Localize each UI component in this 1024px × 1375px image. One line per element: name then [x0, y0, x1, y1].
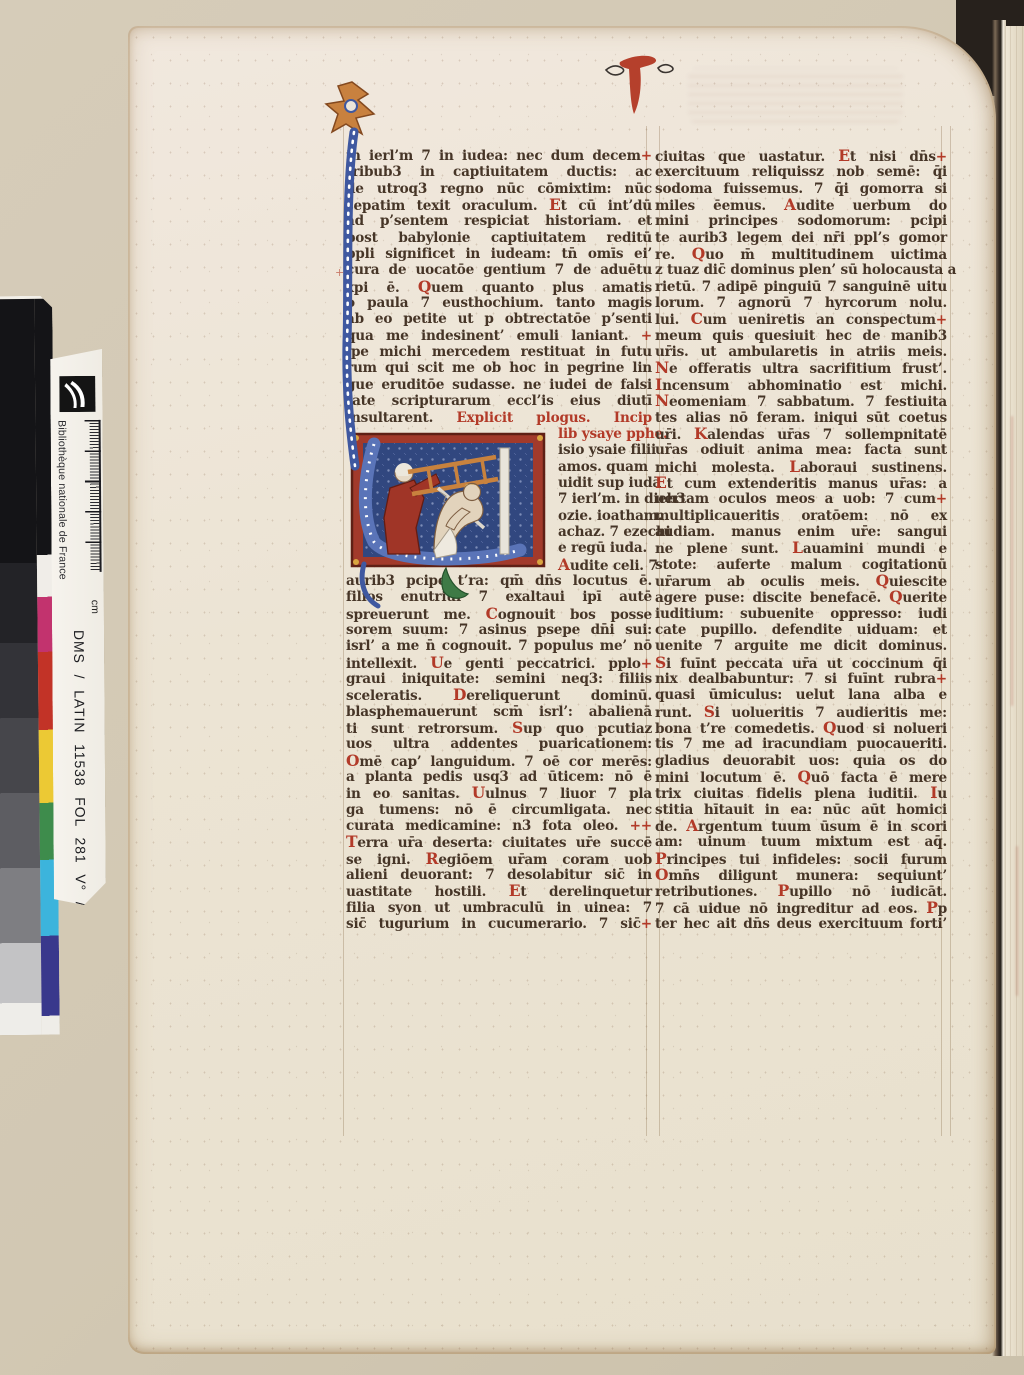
rubric-segment: + — [641, 916, 652, 932]
text-segment: mn̄s diligunt munera: sequiunt’ — [668, 868, 947, 884]
text-segment: z tuaz dic̄ dominus plen’ sū holocausta … — [655, 262, 956, 278]
text-segment: sodoma fuissemus. 7 q̄i gomorra si — [655, 181, 947, 197]
text-segment: uem quanto plus amatis — [431, 280, 652, 296]
text-line: michi molesta. Laboraui sustinens. — [655, 459, 947, 475]
text-line: runt. Si uolueritis 7 audieritis me: — [655, 704, 947, 720]
margin-cross-mark: + — [335, 266, 344, 279]
text-line: Neomeniam 7 sabbatum. 7 festiuita — [655, 393, 947, 409]
text-line: lib ysaye pphe. — [558, 426, 652, 442]
text-segment: ozie. ioatham. — [558, 508, 662, 524]
text-segment: uos ultra addentes puaricationem: — [346, 736, 652, 752]
text-segment: e regū iuda. — [558, 540, 647, 556]
rubric-segment: Q — [797, 767, 810, 786]
text-line: z tuaz dic̄ dominus plen’ sū holocausta … — [655, 262, 947, 278]
text-segment: e genti peccatrici. pplo — [444, 656, 641, 672]
text-segment: in eo sanitas. — [346, 786, 472, 802]
text-line: iuditium: subuenite oppresso: iudi — [655, 606, 947, 622]
text-line: ciuitas que uastatur. Et nisi dn̄s+ — [655, 148, 947, 164]
rubric-segment: E — [549, 195, 561, 214]
text-segment: runt. — [655, 705, 704, 721]
text-segment: multiplicaueritis oratōem: nō ex — [655, 508, 947, 524]
bnf-ruler-strip: Bibliothèque nationale de France cm DMS … — [50, 349, 106, 905]
rubric-segment: C — [486, 604, 498, 623]
text-segment: bona t’re comedetis. — [655, 721, 823, 737]
text-line: cura de uocatōe gentium 7 de aduētu — [346, 262, 652, 278]
text-segment: lui. — [655, 312, 691, 328]
text-line: intellexit. Ue genti peccatrici. pplo+ — [346, 655, 652, 671]
text-segment: up quo pcutiaz — [523, 721, 652, 737]
text-segment: quasi ūmiculus: uelut lana alba e — [655, 687, 947, 703]
text-segment: qua me indesinent’ emuli laniant. — [346, 328, 641, 344]
rubric-segment: A — [686, 816, 698, 835]
text-line: ur̄arum ab oculis meis. Quiescite — [655, 573, 947, 589]
text-segment: ereliquerunt dominū. — [466, 688, 652, 704]
text-segment: uertam oculos meos a uob: 7 cum — [655, 491, 936, 507]
text-line: spreuerunt me. Cognouit bos posse — [346, 606, 652, 622]
rubric-segment: E — [838, 146, 850, 165]
text-line: stitia hītauit in ea: nūc aūt homici — [655, 802, 947, 818]
text-line: multiplicaueritis oratōem: nō ex — [655, 508, 947, 524]
text-line: isio ysaie filii — [558, 442, 652, 458]
rubric-segment: L — [789, 457, 800, 476]
text-line: xpi ē. Quem quanto plus amatis — [346, 279, 652, 295]
text-segment: uo m̄ multitudinem uictima — [705, 247, 947, 263]
text-segment: nix dealbabuntur: 7 si fuīnt rubra — [655, 671, 936, 687]
rubric-segment: S — [704, 702, 715, 721]
rubric-segment: ++ — [630, 818, 652, 834]
rubric-segment: C — [691, 309, 703, 328]
text-segment: exercituum reliquissz nob semē: q̄i — [655, 164, 947, 180]
text-line: a planta pedis usq3 ad ūticem: nō ē — [346, 769, 652, 785]
text-segment: udite uerbum do — [796, 198, 947, 214]
rubric-segment: O — [346, 751, 359, 770]
text-segment: amos. quam — [558, 459, 648, 475]
text-segment: in ierl’m 7 in iudea: nec dum decem — [346, 148, 641, 164]
text-line: sceleratis. Dereliquerunt dominū. — [346, 687, 652, 703]
text-segment: uenite 7 arguite me dicit dominus. — [655, 638, 947, 654]
rubric-segment: T — [346, 832, 357, 851]
text-segment: gue eruditōe sudasse. ne iudei de falsi — [346, 377, 652, 393]
text-segment: aboraui sustinens. — [800, 460, 947, 476]
rubric-segment: Explicit plogus. Incip — [457, 410, 652, 426]
text-line: se igni. Regiōem ur̄am coram uob — [346, 851, 652, 867]
text-line: Et cum extenderitis manus ur̄as: a — [655, 475, 947, 491]
rubric-segment: A — [784, 195, 796, 214]
text-line: Omn̄s diligunt munera: sequiunt’ — [655, 867, 947, 883]
text-line: ozie. ioatham. — [558, 508, 652, 524]
manuscript-page: + í — [128, 26, 996, 1354]
text-segment: insultarent. — [346, 410, 457, 426]
text-line: sodoma fuissemus. 7 q̄i gomorra si — [655, 181, 947, 197]
text-column-1: in ierl’m 7 in iudea: nec dum decem+trib… — [346, 148, 652, 933]
text-line: meum quis quesiuit hec de manib3 — [655, 328, 947, 344]
text-segment: auamini mundi e — [803, 541, 947, 557]
text-segment: filia syon ut umbraculū in uinea: 7 — [346, 900, 652, 916]
text-segment: t nisi dn̄s — [850, 149, 936, 165]
text-line: achaz. 7 ezechi — [558, 524, 652, 540]
text-segment: isio ysaie filii — [558, 442, 656, 458]
text-line: filios enutriui 7 exaltaui ipī autē — [346, 589, 652, 605]
text-segment: stitia hītauit in ea: nūc aūt homici — [655, 802, 947, 818]
text-segment: iuditium: subuenite oppresso: iudi — [655, 606, 947, 622]
library-name-label: Bibliothèque nationale de France — [56, 420, 69, 598]
text-line: ur̄i. Kalendas ur̄as 7 sollempnitatē — [655, 426, 947, 442]
text-line: amos. quam — [558, 459, 652, 475]
text-segment: ti sunt retrorsum. — [346, 721, 512, 737]
text-segment: de. — [655, 819, 686, 835]
rubric-segment: E — [509, 881, 521, 900]
text-segment: agere puse: discite benefacē. — [655, 590, 889, 606]
text-line: Audite celi. 7 — [558, 557, 652, 573]
text-segment: sorem suum: 7 asinus psepe dn̄i sui: — [346, 622, 652, 638]
text-line: tate scripturarum eccl’is eius diutī — [346, 393, 652, 409]
rubric-segment: + — [936, 491, 947, 507]
text-line: ipe michi mercedem restituat in futu — [346, 344, 652, 360]
rubric-segment: S — [655, 653, 666, 672]
text-line: ga tumens: nō ē circumligata. nec — [346, 802, 652, 818]
text-segment: i fuīnt peccata ur̄a ut coccinum q̄i — [666, 656, 947, 672]
text-segment: ppli significet in iudeam: tn̄ omīs ei’ — [346, 246, 652, 262]
rubric-segment: Q — [889, 587, 902, 606]
text-segment: t cū int’dū — [561, 198, 652, 214]
text-line: ad p’sentem respiciat historiam. et — [346, 213, 652, 229]
text-segment: michi molesta. — [655, 460, 789, 476]
show-through-mark — [1011, 416, 1013, 706]
show-through-mark — [1016, 846, 1018, 996]
rubric-segment: + — [641, 656, 652, 672]
text-segment: ognouit bos posse — [498, 607, 652, 623]
text-line: mini principes sodomorum: pcipi — [655, 213, 947, 229]
text-line: Incensum abhominatio est michi. — [655, 377, 947, 393]
text-line: sorem suum: 7 asinus psepe dn̄i sui: — [346, 622, 652, 638]
text-line: Principes tui infideles: socii furum — [655, 851, 947, 867]
text-segment: sic̄ tugurium in cucumerario. 7 sic̄ — [346, 916, 641, 932]
text-line: ne plene sunt. Lauamini mundi e — [655, 540, 947, 556]
rubric-segment: P — [926, 898, 937, 917]
rubric-segment: Q — [418, 277, 431, 296]
text-segment: ciuitas que uastatur. — [655, 149, 838, 165]
text-line: nix dealbabuntur: 7 si fuīnt rubra+ — [655, 671, 947, 687]
shelfmark-label: DMS / LATIN 11538 FOL 281 V° / — [71, 630, 89, 907]
text-line: aurib3 pcipe t’ra: qm̄ dn̄s locutus ē. — [346, 573, 652, 589]
text-line: e regū iuda. — [558, 540, 652, 556]
text-segment: ab eo petite ut p obtrectatōe p’senti — [346, 311, 652, 327]
text-segment: rum qui scit me ob hoc in pegrine lin — [346, 360, 652, 376]
rubric-segment: E — [655, 473, 667, 492]
rubric-segment: Q — [823, 718, 836, 737]
rubric-segment: Q — [876, 571, 889, 590]
text-segment: ur̄i. — [655, 427, 694, 443]
text-segment: um ueniretis an conspectum — [703, 312, 936, 328]
text-segment: mē cap’ languidum. 7 oē cor merēs: — [359, 754, 652, 770]
rubric-segment: U — [472, 783, 485, 802]
text-segment: trix ciuitas fidelis plena iuditii. — [655, 786, 930, 802]
text-segment: eomeniam 7 sabbatum. 7 festiuita — [669, 394, 947, 410]
text-segment: t cum extenderitis manus ur̄as: a — [667, 476, 947, 492]
text-segment: tis 7 me ad iracundiam puocaueriti. — [655, 736, 947, 752]
text-segment: isrl’ a me n̄ cognouit. 7 populus me’ nō — [346, 638, 652, 654]
text-line: Omē cap’ languidum. 7 oē cor merēs: — [346, 753, 652, 769]
text-segment: t derelinquetur — [520, 884, 652, 900]
rubric-segment: K — [694, 424, 707, 443]
text-line: filia syon ut umbraculū in uinea: 7 — [346, 900, 652, 916]
text-segment: graui iniquitate: semini neq3: filiis — [346, 671, 652, 687]
text-line: uidit sup iudā — [558, 475, 652, 491]
cm-ruler: Bibliothèque nationale de France — [55, 420, 102, 598]
text-line: ab eo petite ut p obtrectatōe p’senti — [346, 311, 652, 327]
ruler-strip-content: Bibliothèque nationale de France cm DMS … — [54, 352, 104, 900]
text-segment: alendas ur̄as 7 sollempnitatē — [707, 427, 947, 443]
text-segment: ad p’sentem respiciat historiam. et — [346, 213, 652, 229]
text-line: in eo sanitas. Uulnus 7 liuor 7 pla — [346, 785, 652, 801]
facing-page-edge — [1004, 26, 1024, 1356]
text-line: Terra ur̄a deserta: ciuitates ur̄e succē — [346, 834, 652, 850]
text-line: qua me indesinent’ emuli laniant. + — [346, 328, 652, 344]
text-line: ti sunt retrorsum. Sup quo pcutiaz — [346, 720, 652, 736]
rubric-segment: R — [426, 849, 439, 868]
rubric-segment: S — [512, 718, 523, 737]
text-segment: rgentum tuum ūsum ē in scori — [698, 819, 947, 835]
text-line: Ne offeratis ultra sacrifitium frust’. — [655, 360, 947, 376]
text-segment: curata medicamine: n3 fota oleo. — [346, 818, 630, 834]
text-segment: retributiones. — [655, 884, 778, 900]
text-line: stote: auferte malum cogitationū — [655, 557, 947, 573]
ink-offset-ghost — [688, 68, 903, 123]
text-line: ter hec ait dn̄s deus exercituum forti’ — [655, 916, 947, 932]
text-segment: 7 cā uidue nō ingreditur ad eos. — [655, 901, 926, 917]
text-segment: sceleratis. — [346, 688, 453, 704]
text-segment: p — [938, 901, 947, 917]
photograph-of-manuscript: + í — [0, 0, 1024, 1375]
text-segment: blasphemauerunt scm̄ isrl’: abalienā — [346, 704, 652, 720]
text-line: lui. Cum ueniretis an conspectum+ — [655, 311, 947, 327]
rubric-segment: + — [641, 328, 652, 344]
text-line: mini locutum ē. Quō facta ē mere — [655, 769, 947, 785]
text-line: miles ēemus. Audite uerbum do — [655, 197, 947, 213]
text-segment: alieni deuorant: 7 desolabitur sic̄ in — [346, 867, 652, 883]
text-segment: miles ēemus. — [655, 198, 784, 214]
text-line: post babylonie captiuitatem reditū — [346, 230, 652, 246]
text-segment: tribub3 in captiuitatem ductis: ac — [346, 164, 652, 180]
text-segment: cura de uocatōe gentium 7 de aduētu — [346, 262, 652, 278]
text-segment: cate pupillo. defendite uiduam: et — [655, 622, 947, 638]
text-line: uenite 7 arguite me dicit dominus. — [655, 638, 947, 654]
text-segment: ulnus 7 liuor 7 pla — [485, 786, 652, 802]
rubric-segment: lib ysaye pphe. — [558, 426, 667, 442]
text-line: graui iniquitate: semini neq3: filiis — [346, 671, 652, 687]
text-segment: achaz. 7 ezechi — [558, 524, 671, 540]
rubric-segment: Q — [692, 244, 705, 263]
text-line: exercituum reliquissz nob semē: q̄i — [655, 164, 947, 180]
text-line: quasi ūmiculus: uelut lana alba e — [655, 687, 947, 703]
text-segment: ncensum abhominatio est michi. — [662, 378, 947, 394]
text-line: isrl’ a me n̄ cognouit. 7 populus me’ nō — [346, 638, 652, 654]
ruler-cm-ticks — [85, 420, 102, 572]
text-segment: intellexit. — [346, 656, 430, 672]
text-column-2: ciuitas que uastatur. Et nisi dn̄s+exerc… — [655, 148, 947, 933]
text-segment: spreuerunt me. — [346, 607, 486, 623]
text-line: tribub3 in captiuitatem ductis: ac — [346, 164, 652, 180]
text-line: sepatim texit oraculum. Et cū int’dū — [346, 197, 652, 213]
text-segment: ur̄is. ut ambularetis in atriis meis. — [655, 344, 947, 360]
text-line: re. Quo m̄ multitudinem uictima — [655, 246, 947, 262]
text-segment: uastitate hostili. — [346, 884, 509, 900]
text-segment: o paula 7 eusthochium. tanto magis — [346, 295, 652, 311]
text-line: cate pupillo. defendite uiduam: et — [655, 622, 947, 638]
text-line: rietū. 7 adipē pinguiū 7 sanguinē uitu — [655, 279, 947, 295]
text-line: ur̄as odiuit anima mea: facta sunt — [655, 442, 947, 458]
text-segment: uerite — [902, 590, 947, 606]
text-line: retributiones. Pupillo nō iudicāt. — [655, 883, 947, 899]
text-segment: ter hec ait dn̄s deus exercituum forti’ — [655, 916, 947, 932]
text-segment: tate scripturarum eccl’is eius diutī — [346, 393, 652, 409]
text-segment: de utroq3 regno nūc cōmixtim: nūc — [346, 181, 652, 197]
text-line: am: uinum tuum mixtum est aq̄. — [655, 834, 947, 850]
text-line: o paula 7 eusthochium. tanto magis — [346, 295, 652, 311]
rubric-segment: U — [430, 653, 443, 672]
text-line: 7 ierl’m. in dieb3 — [558, 491, 652, 507]
text-line: alieni deuorant: 7 desolabitur sic̄ in — [346, 867, 652, 883]
text-line: uastitate hostili. Et derelinquetur — [346, 883, 652, 899]
rubric-segment: O — [655, 865, 668, 884]
text-segment: mini locutum ē. — [655, 770, 797, 786]
text-line: insultarent. Explicit plogus. Incip — [346, 410, 652, 426]
text-segment: uidit sup iudā — [558, 475, 661, 491]
rubric-segment: + — [936, 671, 947, 687]
text-segment: uod si nolueri — [836, 721, 947, 737]
rubric-segment: + — [641, 148, 652, 164]
text-line: tis 7 me ad iracundiam puocaueriti. — [655, 736, 947, 752]
text-line: gue eruditōe sudasse. ne iudei de falsi — [346, 377, 652, 393]
text-segment: se igni. — [346, 852, 426, 868]
text-segment: ipe michi mercedem restituat in futu — [346, 344, 652, 360]
text-segment: meum quis quesiuit hec de manib3 — [655, 328, 947, 344]
text-segment: uō facta ē mere — [811, 770, 947, 786]
text-segment: mini principes sodomorum: pcipi — [655, 213, 947, 229]
text-line: uos ultra addentes puaricationem: — [346, 736, 652, 752]
text-line: sic̄ tugurium in cucumerario. 7 sic̄+ — [346, 916, 652, 932]
text-line: rum qui scit me ob hoc in pegrine lin — [346, 360, 652, 376]
text-segment: sepatim texit oraculum. — [346, 198, 549, 214]
text-segment: rietū. 7 adipē pinguiū 7 sanguinē uitu — [655, 279, 947, 295]
text-segment: e offeratis ultra sacrifitium frust’. — [669, 361, 947, 377]
cm-unit-label: cm — [56, 600, 101, 614]
text-line: ppli significet in iudeam: tn̄ omīs ei’ — [346, 246, 652, 262]
text-segment: erra ur̄a deserta: ciuitates ur̄e succē — [357, 835, 652, 851]
text-segment: post babylonie captiuitatem reditū — [346, 230, 652, 246]
text-segment: udite celi. 7 — [570, 558, 658, 574]
text-line: Si fuīnt peccata ur̄a ut coccinum q̄i — [655, 655, 947, 671]
text-line: de utroq3 regno nūc cōmixtim: nūc — [346, 181, 652, 197]
text-segment: ur̄as odiuit anima mea: facta sunt — [655, 442, 947, 458]
rubric-segment: L — [792, 538, 803, 557]
text-segment: u — [937, 786, 947, 802]
text-segment: ne plene sunt. — [655, 541, 792, 557]
text-line: 7 cā uidue nō ingreditur ad eos. Pp — [655, 900, 947, 916]
rubric-segment: P — [778, 881, 789, 900]
text-line: ur̄is. ut ambularetis in atriis meis. — [655, 344, 947, 360]
rubric-segment: A — [558, 555, 570, 574]
text-line: de. Argentum tuum ūsum ē in scori — [655, 818, 947, 834]
text-line: uertam oculos meos a uob: 7 cum+ — [655, 491, 947, 507]
text-segment: a planta pedis usq3 ad ūticem: nō ē — [346, 769, 652, 785]
rubric-segment: + — [936, 312, 947, 328]
text-segment: aurib3 pcipe t’ra: qm̄ dn̄s locutus ē. — [346, 573, 652, 589]
text-segment: filios enutriui 7 exaltaui ipī autē — [346, 589, 652, 605]
text-line: bona t’re comedetis. Quod si nolueri — [655, 720, 947, 736]
text-segment: rincipes tui infideles: socii furum — [666, 852, 947, 868]
text-line: in ierl’m 7 in iudea: nec dum decem+ — [346, 148, 652, 164]
text-segment: am: uinum tuum mixtum est aq̄. — [655, 834, 947, 850]
bnf-logo-icon — [59, 376, 95, 412]
rubric-segment: N — [655, 391, 669, 410]
text-line: blasphemauerunt scm̄ isrl’: abalienā — [346, 704, 652, 720]
rubric-segment: + — [936, 149, 947, 165]
text-line: trix ciuitas fidelis plena iuditii. Iu — [655, 785, 947, 801]
text-segment: ga tumens: nō ē circumligata. nec — [346, 802, 652, 818]
text-segment: ur̄arum ab oculis meis. — [655, 574, 876, 590]
rubric-segment: D — [453, 685, 466, 704]
text-line: curata medicamine: n3 fota oleo. ++ — [346, 818, 652, 834]
text-segment: upillo nō iudicāt. — [789, 884, 947, 900]
text-segment: egiōem ur̄am coram uob — [438, 852, 652, 868]
text-segment: re. — [655, 247, 692, 263]
text-line: agere puse: discite benefacē. Querite — [655, 589, 947, 605]
text-segment: xpi ē. — [346, 280, 418, 296]
text-segment: stote: auferte malum cogitationū — [655, 557, 947, 573]
